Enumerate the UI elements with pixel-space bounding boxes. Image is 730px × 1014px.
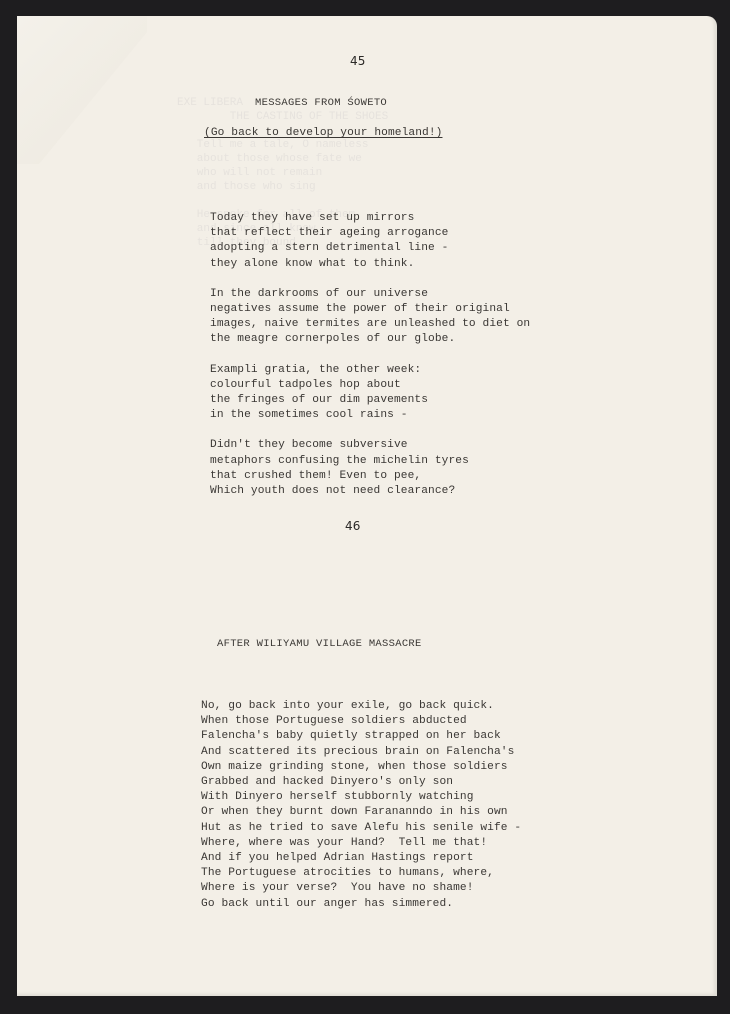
poem-line: Didn't they become subversive bbox=[210, 438, 530, 453]
poem-line: With Dinyero herself stubbornly watching bbox=[201, 790, 521, 805]
poem-body-soweto: Today they have set up mirrorsthat refle… bbox=[210, 211, 530, 514]
folded-page-corner bbox=[17, 16, 152, 164]
poem-line: In the darkrooms of our universe bbox=[210, 287, 530, 302]
poem-line: colourful tadpoles hop about bbox=[210, 378, 530, 393]
poem-title-soweto: MESSAGES FROM ŚOWETO bbox=[255, 96, 387, 111]
stanza: Exampli gratia, the other week:colourful… bbox=[210, 363, 530, 424]
poem-line: Grabbed and hacked Dinyero's only son bbox=[201, 775, 521, 790]
poem-line: And if you helped Adrian Hastings report bbox=[201, 851, 521, 866]
poem-line: Own maize grinding stone, when those sol… bbox=[201, 760, 521, 775]
stanza: In the darkrooms of our universenegative… bbox=[210, 287, 530, 348]
poem-line: When those Portuguese soldiers abducted bbox=[201, 714, 521, 729]
poem-body-wiliyamu: No, go back into your exile, go back qui… bbox=[201, 699, 521, 912]
poem-line: Or when they burnt down Farananndo in hi… bbox=[201, 805, 521, 820]
poem-line: Hut as he tried to save Alefu his senile… bbox=[201, 821, 521, 836]
poem-title-wiliyamu: AFTER WILIYAMU VILLAGE MASSACRE bbox=[217, 637, 422, 652]
poem-line: Which youth does not need clearance? bbox=[210, 484, 530, 499]
poem-line: the meagre cornerpoles of our globe. bbox=[210, 332, 530, 347]
poem-line: And scattered its precious brain on Fale… bbox=[201, 745, 521, 760]
page-number-45: 45 bbox=[350, 54, 365, 69]
poem-line: in the sometimes cool rains - bbox=[210, 408, 530, 423]
poem-line: they alone know what to think. bbox=[210, 257, 530, 272]
stanza: Today they have set up mirrorsthat refle… bbox=[210, 211, 530, 272]
poem-line: negatives assume the power of their orig… bbox=[210, 302, 530, 317]
poem-line: Where is your verse? You have no shame! bbox=[201, 881, 521, 896]
poem-line: Falencha's baby quietly strapped on her … bbox=[201, 729, 521, 744]
poem-line: Go back until our anger has simmered. bbox=[201, 897, 521, 912]
poem-line: Today they have set up mirrors bbox=[210, 211, 530, 226]
poem-line: The Portuguese atrocities to humans, whe… bbox=[201, 866, 521, 881]
stanza: Didn't they become subversivemetaphors c… bbox=[210, 438, 530, 499]
poem-line: the fringes of our dim pavements bbox=[210, 393, 530, 408]
poem-line: images, naive termites are unleashed to … bbox=[210, 317, 530, 332]
poem-line: that crushed them! Even to pee, bbox=[210, 469, 530, 484]
poem-subtitle: (Go back to develop your homeland!) bbox=[204, 126, 442, 141]
document-page: EXE LIBERA THE CASTING OF THE SHOES Tell… bbox=[17, 16, 717, 996]
poem-line: that reflect their ageing arrogance bbox=[210, 226, 530, 241]
page-number-46: 46 bbox=[345, 519, 360, 534]
poem-line: Exampli gratia, the other week: bbox=[210, 363, 530, 378]
poem-line: No, go back into your exile, go back qui… bbox=[201, 699, 521, 714]
poem-line: metaphors confusing the michelin tyres bbox=[210, 454, 530, 469]
poem-line: Where, where was your Hand? Tell me that… bbox=[201, 836, 521, 851]
poem-line: adopting a stern detrimental line - bbox=[210, 241, 530, 256]
